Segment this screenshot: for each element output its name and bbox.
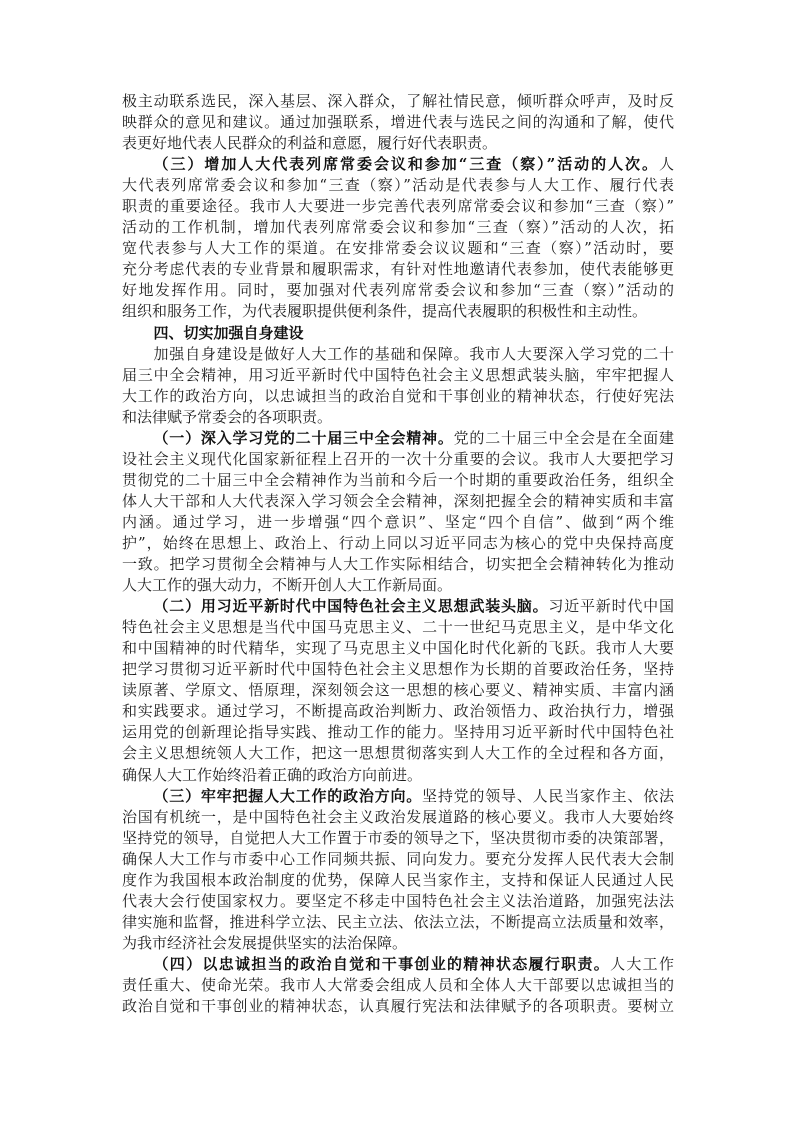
text-line: 律实施和监督，推进科学立法、民主立法、依法立法，不断提高立法质量和效率， (122, 912, 674, 933)
section-heading-self-building: 四、切实加强自身建设 (122, 323, 674, 344)
text-line: （三）牢牢把握人大工作的政治方向。坚持党的领导、人民当家作主、依法 (122, 786, 674, 807)
subsection-title: （三）增加人大代表列席常委会议和参加“三查（察）”活动的人次。 (154, 155, 659, 173)
text-run: 党的二十届三中全会是在全面建 (454, 429, 674, 447)
text-line: 充分考虑代表的专业背景和履职需求，有针对性地邀请代表参加，使代表能够更 (122, 259, 674, 280)
text-line: 代表大会行使国家权力。要坚定不移走中国特色社会主义法治道路，加强宪法法 (122, 891, 674, 912)
document-page: 极主动联系选民，深入基层、深入群众，了解社情民意，倾听群众呼声，及时反 映群众的… (0, 0, 793, 1122)
text-line: 贯彻党的二十届三中全会精神作为当前和今后一个时期的重要政治任务，组织全 (122, 470, 674, 491)
text-line: 和中国精神的时代精华，实现了马克思主义中国化时代化新的飞跃。我市人大要 (122, 638, 674, 659)
text-line: 大工作的政治方向，以忠诚担当的政治自觉和干事创业的精神状态，行使好宪法 (122, 386, 674, 407)
text-line: （二）用习近平新时代中国特色社会主义思想武装头脑。习近平新时代中国 (122, 596, 674, 617)
text-line: （四）以忠诚担当的政治自觉和干事创业的精神状态履行职责。人大工作 (122, 954, 674, 975)
paragraph-perform-duties: （四）以忠诚担当的政治自觉和干事创业的精神状态履行职责。人大工作 责任重大、使命… (122, 954, 674, 1017)
text-line: 运用党的创新理论指导实践、推动工作的能力。坚持用习近平新时代中国特色社 (122, 722, 674, 743)
subsection-title: （一）深入学习党的二十届三中全会精神。 (154, 429, 454, 447)
text-line: 和实践要求。通过学习，不断提高政治判断力、政治领悟力、政治执行力，增强 (122, 701, 674, 722)
paragraph-self-building-intro: 加强自身建设是做好人大工作的基础和保障。我市人大要深入学习党的二十 届三中全会精… (122, 344, 674, 428)
text-line: 体人大干部和人大代表深入学习领会全会精神，深刻把握全会的精神实质和丰富 (122, 491, 674, 512)
text-run: 习近平新时代中国 (548, 597, 674, 615)
text-line: 职责的重要途径。我市人大要进一步完善代表列席常委会议和参加“三查（察）” (122, 196, 674, 217)
text-run: 人 (659, 155, 674, 173)
text-line: 读原著、学原文、悟原理，深刻领会这一思想的核心要义、精神实质、丰富内涵 (122, 680, 674, 701)
text-line: 把学习贯彻习近平新时代中国特色社会主义思想作为长期的首要政治任务，坚持 (122, 659, 674, 680)
text-line: 加强自身建设是做好人大工作的基础和保障。我市人大要深入学习党的二十 (122, 344, 674, 365)
text-line: 设社会主义现代化国家新征程上召开的一次十分重要的会议。我市人大要把学习 (122, 449, 674, 470)
text-line: 特色社会主义思想是当代中国马克思主义、二十一世纪马克思主义，是中华文化 (122, 617, 674, 638)
text-line: 活动的工作机制，增加代表列席常委会议和参加“三查（察）”活动的人次，拓 (122, 217, 674, 238)
paragraph-study-plenary: （一）深入学习党的二十届三中全会精神。党的二十届三中全会是在全面建 设社会主义现… (122, 428, 674, 596)
text-line: 人大工作的强大动力，不断开创人大工作新局面。 (122, 575, 674, 596)
text-line: 映群众的意见和建议。通过加强联系，增进代表与选民之间的沟通和了解，使代 (122, 112, 674, 133)
text-line: 护”，始终在思想上、政治上、行动上同以习近平同志为核心的党中央保持高度 (122, 533, 674, 554)
paragraph-increase-attendance: （三）增加人大代表列席常委会议和参加“三查（察）”活动的人次。人 大代表列席常委… (122, 154, 674, 322)
text-line: 政治自觉和干事创业的精神状态，认真履行宪法和法律赋予的各项职责。要树立 (122, 996, 674, 1017)
text-line: 度作为我国根本政治制度的优势，保障人民当家作主，支持和保证人民通过人民 (122, 870, 674, 891)
subsection-title: （四）以忠诚担当的政治自觉和干事创业的精神状态履行职责。 (154, 955, 611, 973)
section-heading: 四、切实加强自身建设 (122, 323, 674, 344)
text-line: 大代表列席常委会议和参加“三查（察）”活动是代表参与人大工作、履行代表 (122, 175, 674, 196)
text-line: 为我市经济社会发展提供坚实的法治保障。 (122, 933, 674, 954)
text-line: （一）深入学习党的二十届三中全会精神。党的二十届三中全会是在全面建 (122, 428, 674, 449)
text-line: 内涵。通过学习，进一步增强“四个意识”、坚定“四个自信”、做到“两个维 (122, 512, 674, 533)
text-run: 人大工作 (610, 955, 674, 973)
subsection-title: （三）牢牢把握人大工作的政治方向。 (154, 787, 423, 805)
text-line: 会主义思想统领人大工作，把这一思想贯彻落实到人大工作的全过程和各方面， (122, 743, 674, 764)
text-run: 坚持党的领导、人民当家作主、依法 (422, 787, 674, 805)
text-line: 确保人大工作与市委中心工作同频共振、同向发力。要充分发挥人民代表大会制 (122, 849, 674, 870)
text-line: 表更好地代表人民群众的利益和意愿，履行好代表职责。 (122, 133, 674, 154)
text-line: 坚持党的领导，自觉把人大工作置于市委的领导之下，坚决贯彻市委的决策部署， (122, 828, 674, 849)
text-line: 届三中全会精神，用习近平新时代中国特色社会主义思想武装头脑，牢牢把握人 (122, 365, 674, 386)
text-line: 好地发挥作用。同时，要加强对代表列席常委会议和参加“三查（察）”活动的 (122, 280, 674, 301)
text-line: （三）增加人大代表列席常委会议和参加“三查（察）”活动的人次。人 (122, 154, 674, 175)
subsection-title: （二）用习近平新时代中国特色社会主义思想武装头脑。 (154, 597, 549, 615)
paragraph-arm-with-thought: （二）用习近平新时代中国特色社会主义思想武装头脑。习近平新时代中国 特色社会主义… (122, 596, 674, 785)
text-line: 宽代表参与人大工作的渠道。在安排常委会议议题和“三查（察）”活动时，要 (122, 238, 674, 259)
document-body: 极主动联系选民，深入基层、深入群众，了解社情民意，倾听群众呼声，及时反 映群众的… (122, 91, 674, 1017)
text-line: 和法律赋予常委会的各项职责。 (122, 407, 674, 428)
paragraph-contact-voters: 极主动联系选民，深入基层、深入群众，了解社情民意，倾听群众呼声，及时反 映群众的… (122, 91, 674, 154)
text-line: 组织和服务工作，为代表履职提供便利条件，提高代表履职的积极性和主动性。 (122, 301, 674, 322)
paragraph-political-direction: （三）牢牢把握人大工作的政治方向。坚持党的领导、人民当家作主、依法 治国有机统一… (122, 786, 674, 954)
text-line: 极主动联系选民，深入基层、深入群众，了解社情民意，倾听群众呼声，及时反 (122, 91, 674, 112)
text-line: 确保人大工作始终沿着正确的政治方向前进。 (122, 765, 674, 786)
text-line: 责任重大、使命光荣。我市人大常委会组成人员和全体人大干部要以忠诚担当的 (122, 975, 674, 996)
text-line: 一致。把学习贯彻全会精神与人大工作实际相结合，切实把全会精神转化为推动 (122, 554, 674, 575)
text-line: 治国有机统一，是中国特色社会主义政治发展道路的核心要义。我市人大要始终 (122, 807, 674, 828)
